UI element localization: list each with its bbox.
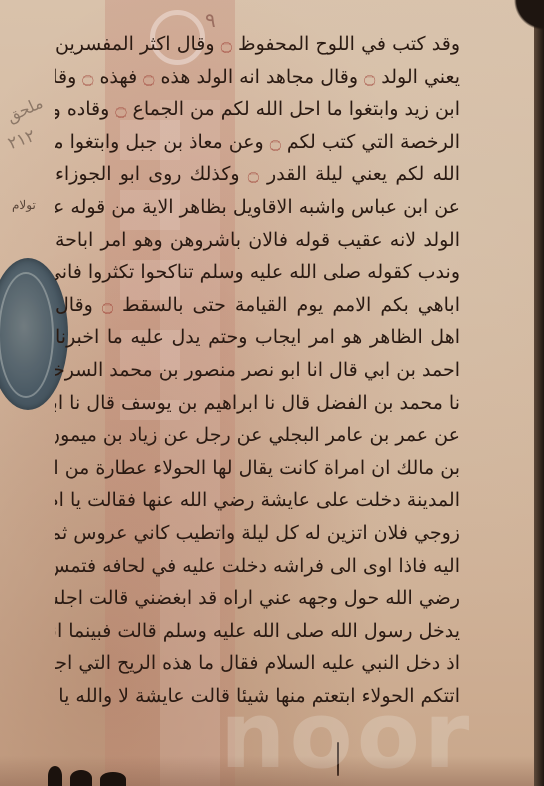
rubric-marker-icon: ۝	[270, 131, 281, 153]
text-line: بن مالك ان امراة كانت يقال لها الحولاء ع…	[55, 452, 460, 485]
text-line: الولد لانه عقيب قوله فالان باشروهن وهو ا…	[55, 224, 460, 257]
page-corner-damage	[504, 0, 544, 30]
text-line: اهل الظاهر هو امر ايجاب وحتم يدل عليه ما…	[55, 321, 460, 354]
rubric-marker-icon: ۝	[221, 33, 232, 55]
text-line: وقد كتب في اللوح المحفوظ ۝ وقال اكثر الم…	[55, 28, 460, 61]
text-line: الله لكم يعني ليلة القدر ۝ وكذلك روى ابو…	[55, 158, 460, 191]
ink-blots	[40, 764, 160, 786]
rubric-marker-icon: ۝	[364, 66, 375, 88]
text-line: احمد بن ابي قال انا ابو نصر منصور بن محم…	[55, 354, 460, 387]
text-line: زوجي فلان اتزين له كل ليلة واتطيب كاني ع…	[55, 517, 460, 550]
text-line: عن عمر بن عامر البجلي عن رجل عن زياد بن …	[55, 419, 460, 452]
text-line: اباهي بكم الامم يوم القيامة حتى بالسقط ۝…	[55, 289, 460, 322]
stamp-inner-ring	[0, 272, 54, 398]
page-right-edge	[534, 0, 544, 786]
margin-note-number: ٢١٢	[5, 126, 38, 154]
margin-note-top: ملحق	[4, 93, 46, 126]
rubric-marker-icon: ۝	[102, 294, 113, 316]
text-line: المدينة دخلت على عايشة رضي الله عنها فقا…	[55, 484, 460, 517]
manuscript-page: ٩ ملحق ٢١٢ تولام وقد كتب في اللوح المحفو…	[0, 0, 544, 786]
text-line: رضي الله حول وجهه عني اراه قد ابغضني قال…	[55, 582, 460, 615]
text-line: يدخل رسول الله صلى الله عليه وسلم قالت ف…	[55, 615, 460, 648]
text-line: نا محمد بن الفضل قال نا ابراهيم بن يوسف …	[55, 387, 460, 420]
text-line: عن ابن عباس واشبه الاقاويل بظاهر الاية م…	[55, 191, 460, 224]
manuscript-text-block: وقد كتب في اللوح المحفوظ ۝ وقال اكثر الم…	[55, 28, 460, 712]
rubric-marker-icon: ۝	[143, 66, 154, 88]
rubric-marker-icon: ۝	[115, 98, 126, 120]
text-line: اليه فاذا اوى الى فراشه دخلت عليه في لحا…	[55, 550, 460, 583]
text-line: الرخصة التي كتب لكم ۝ وعن معاذ بن جبل وا…	[55, 126, 460, 159]
rubric-marker-icon: ۝	[82, 66, 93, 88]
text-line: وندب كقوله صلى الله عليه وسلم تناكحوا تك…	[55, 256, 460, 289]
rubric-marker-icon: ۝	[248, 163, 259, 185]
text-line: اذ دخل النبي عليه السلام فقال ما هذه الر…	[55, 647, 460, 680]
text-line: يعني الولد ۝ وقال مجاهد انه الولد هذه ۝ …	[55, 61, 460, 94]
text-line: ابن زيد وابتغوا ما احل الله لكم من الجما…	[55, 93, 460, 126]
margin-note-small: تولام	[12, 198, 36, 212]
